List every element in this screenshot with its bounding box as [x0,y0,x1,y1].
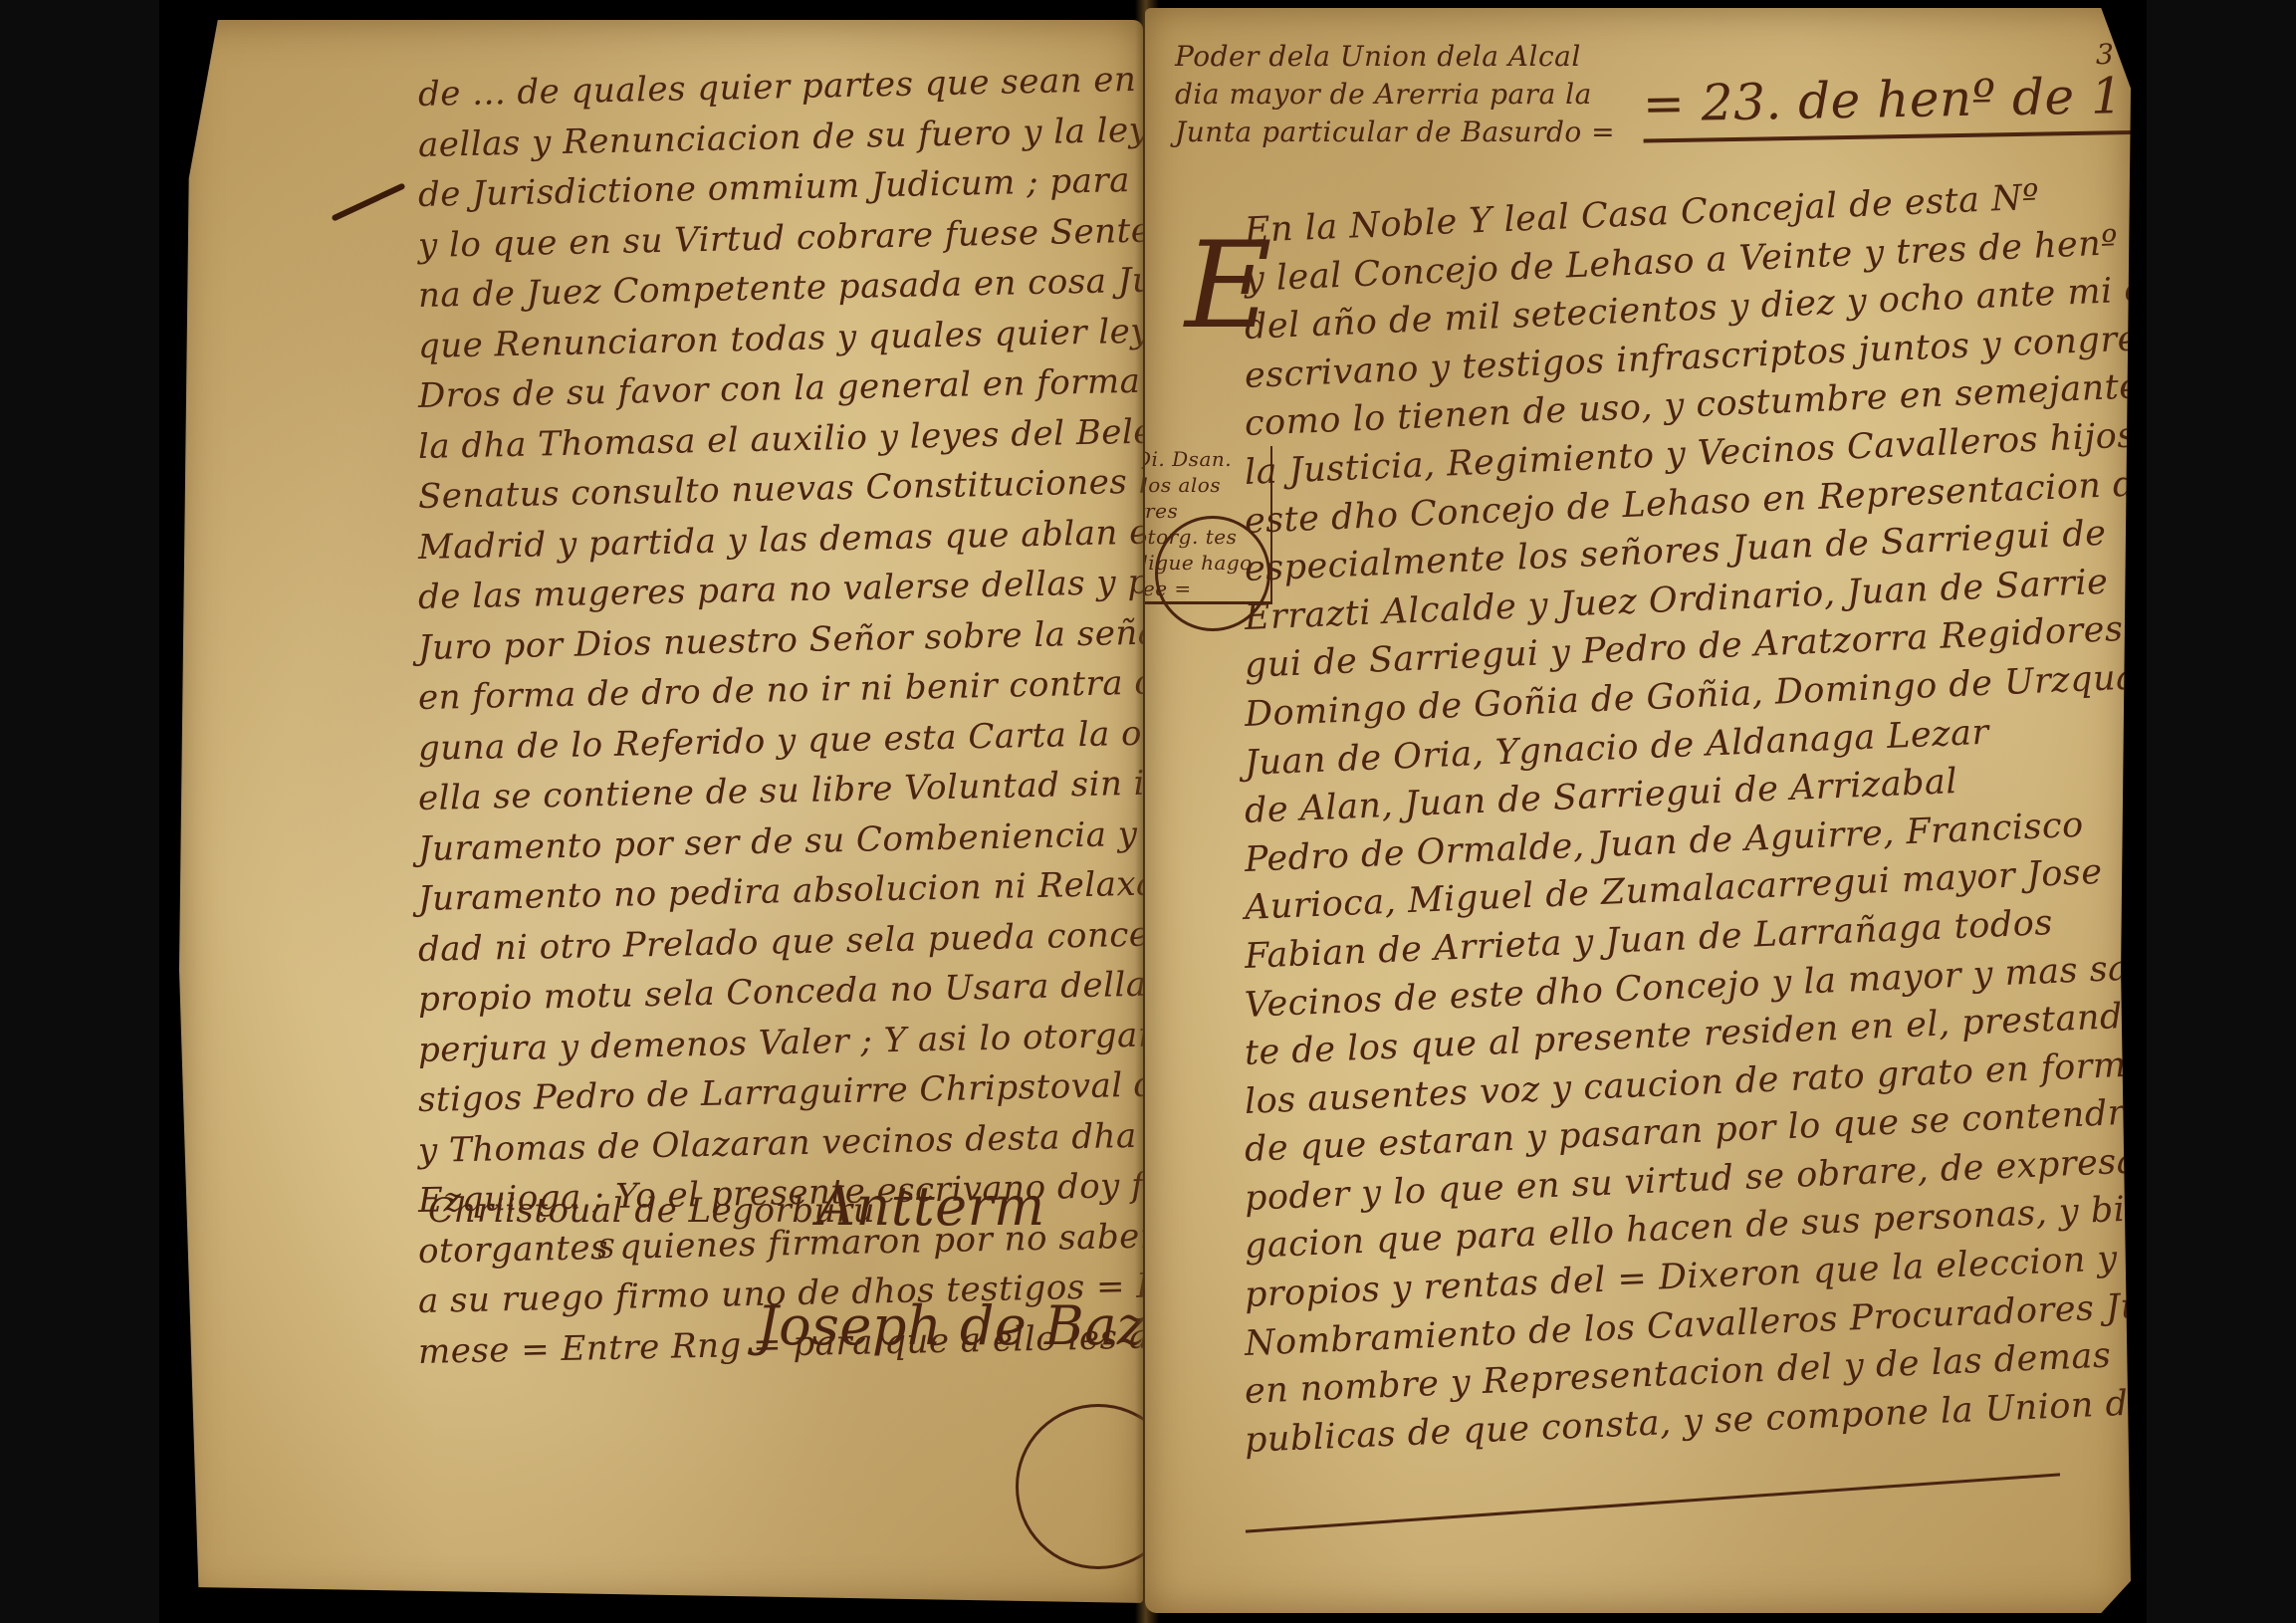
document-title: Poder dela Union dela Alcal dia mayor de… [1175,38,1593,151]
title-line: Poder dela Union dela Alcal [1175,38,1593,76]
title-line: dia mayor de Arerria para la [1175,76,1593,114]
title-line: Junta particular de Basurdo = [1175,114,1593,151]
rubric-mark: S [597,1235,615,1265]
signature-block: Chriistoual de Legorburu S Antterm Josep… [179,1135,1143,1533]
folio-number: 3 [2096,38,2114,71]
left-page: de ... de quales quier partes que sean e… [179,20,1143,1603]
viewer-margin-right [2147,0,2296,1623]
witness-signature: Chriistoual de Legorburu [428,1191,875,1231]
cross-mark-icon [331,182,405,221]
manuscript-spread: de ... de quales quier partes que sean e… [159,0,2147,1623]
notary-signature-lower: Joseph de Bazquin [757,1294,1143,1357]
viewer-margin-left [0,0,159,1623]
closing-rule [1246,1473,2060,1532]
notary-signature-upper: Antterm [816,1175,1045,1238]
document-viewer: de ... de quales quier partes que sean e… [0,0,2296,1623]
document-date: = 23. de henº de 1718 = [1642,64,2131,142]
right-page-text: En la Noble Y leal Casa Concejal de esta… [1245,207,2101,1465]
signature-flourish-icon [1016,1404,1143,1569]
right-page: Poder dela Union dela Alcal dia mayor de… [1145,8,2131,1613]
